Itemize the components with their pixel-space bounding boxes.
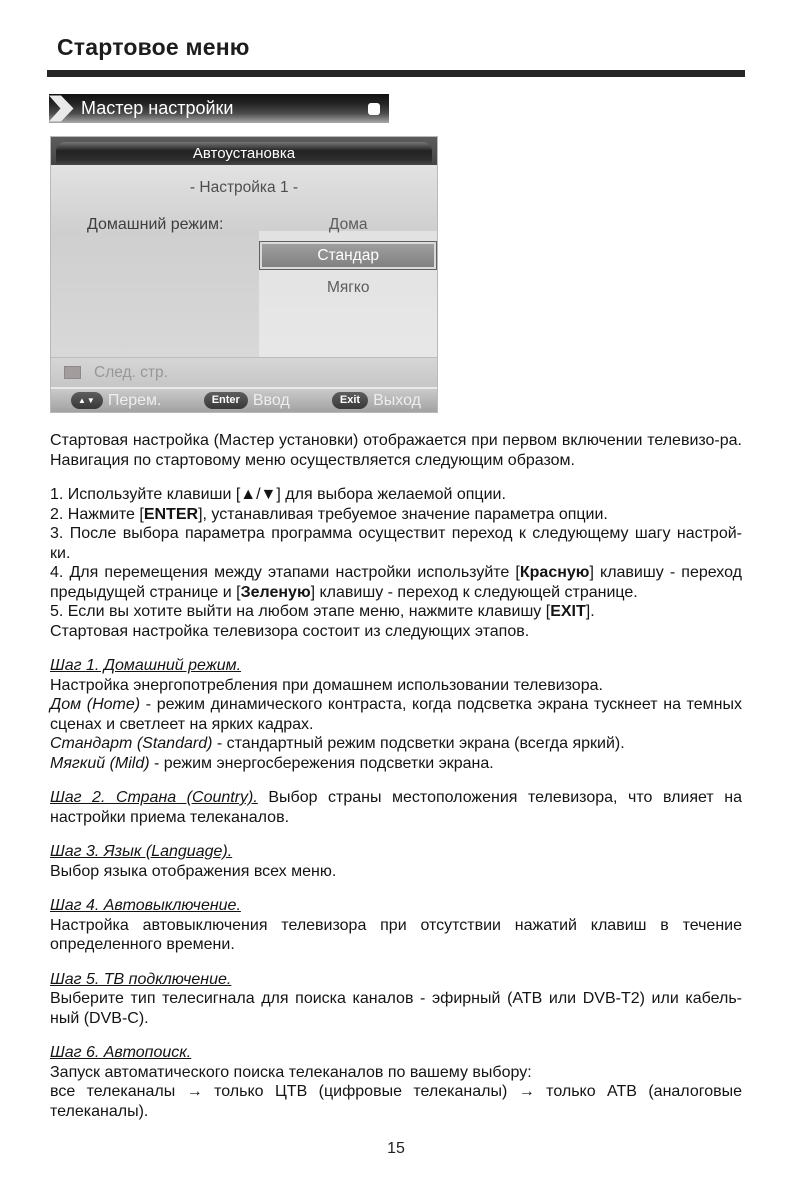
section-header-bar: Мастер настройки	[49, 94, 389, 123]
page-number: 15	[0, 1140, 792, 1158]
tv-control-bar: ▲▼ Перем. Enter Ввод Exit Выход	[51, 387, 437, 412]
tv-hint-text: След. стр.	[94, 364, 168, 382]
tv-option-standard-selected: Стандар	[259, 241, 437, 270]
stage-4: Шаг 4. Автовыключение. Настройка автовык…	[50, 896, 742, 955]
enter-key-label: ENTER	[144, 506, 198, 523]
page-title: Стартовое меню	[57, 34, 745, 61]
list-item: 2. Нажмите [ENTER], устанавливая требуем…	[50, 505, 742, 525]
up-down-keys-icon: ▲▼	[71, 392, 103, 409]
green-key-label: Зеленую	[241, 584, 311, 601]
tv-option-mild: Мягко	[259, 279, 437, 297]
tv-hint-bar: След. стр.	[51, 357, 437, 387]
stage-6-body-1: Запуск автоматического поиска телеканало…	[50, 1063, 742, 1083]
mode-mild: Мягкий (Mild) - режим энергосбережения п…	[50, 754, 742, 774]
stage-5-body: Выберите тип телесигнала для поиска кана…	[50, 989, 742, 1028]
tv-control-exit: Exit Выход	[332, 392, 421, 410]
stage-3: Шаг 3. Язык (Language). Выбор языка отоб…	[50, 842, 742, 881]
tv-menu-title: Автоустановка	[193, 145, 295, 162]
tv-option-row: Домашний режим: Дома	[51, 210, 437, 239]
tv-menu-body: - Настройка 1 - Домашний режим: Дома Ста…	[51, 165, 437, 357]
tv-top-edge: Автоустановка	[51, 137, 437, 165]
title-rule	[47, 70, 745, 77]
exit-key-label: EXIT	[550, 603, 586, 620]
tv-option-row: Стандар	[51, 239, 437, 272]
mode-home: Дом (Home) - режим динамического контрас…	[50, 695, 742, 734]
color-key-icon	[64, 366, 81, 379]
tv-control-navigate: ▲▼ Перем.	[71, 392, 161, 410]
list-item: 4. Для перемещения между этапами настрой…	[50, 563, 742, 602]
stage-5-heading: Шаг 5. ТВ подключение.	[50, 971, 231, 988]
tv-option-row: Мягко	[51, 272, 437, 303]
enter-key-icon: Enter	[204, 392, 248, 409]
section-label: Мастер настройки	[81, 98, 233, 119]
tv-setting-label: Домашний режим:	[51, 216, 259, 234]
body-text: Стартовая настройка (Мастер установки) о…	[50, 431, 742, 1121]
stage-3-body: Выбор языка отображения всех меню.	[50, 862, 742, 882]
chevron-right-icon	[49, 95, 74, 122]
stage-2: Шаг 2. Страна (Country). Выбор страны ме…	[50, 788, 742, 827]
mode-standard: Стандарт (Standard) - стандартный режим …	[50, 734, 742, 754]
manual-page: Стартовое меню Мастер настройки Автоуста…	[0, 0, 792, 1190]
stage-6-body-2: все телеканалы → только ЦТВ (цифровые те…	[50, 1082, 742, 1121]
stage-6-heading: Шаг 6. Автопоиск.	[50, 1044, 191, 1061]
intro-paragraph: Стартовая настройка (Мастер установки) о…	[50, 431, 742, 470]
stage-4-heading: Шаг 4. Автовыключение.	[50, 897, 241, 914]
list-item: 1. Используйте клавиши [▲/▼] для выбора …	[50, 485, 742, 505]
square-bullet-icon	[368, 103, 380, 115]
red-key-label: Красную	[520, 564, 590, 581]
tv-option-home: Дома	[259, 216, 437, 234]
stage-4-body: Настройка автовыключения телевизора при …	[50, 916, 742, 955]
tv-menu-titlebar: Автоустановка	[56, 142, 432, 165]
stage-6: Шаг 6. Автопоиск. Запуск автоматического…	[50, 1043, 742, 1121]
stage-3-heading: Шаг 3. Язык (Language).	[50, 843, 232, 860]
list-item: 3. После выбора параметра программа осущ…	[50, 524, 742, 563]
stage-1-heading: Шаг 1. Домашний режим.	[50, 657, 241, 674]
stage-1-body: Настройка энергопотребления при домашнем…	[50, 676, 742, 696]
exit-key-icon: Exit	[332, 392, 368, 409]
tv-menu-subtitle: - Настройка 1 -	[51, 165, 437, 210]
stage-2-heading: Шаг 2. Страна (Country).	[50, 789, 258, 806]
numbered-list: 1. Используйте клавиши [▲/▼] для выбора …	[50, 485, 742, 622]
stages-intro: Стартовая настройка телевизора состоит и…	[50, 622, 742, 642]
tv-control-enter: Enter Ввод	[204, 392, 290, 410]
stage-5: Шаг 5. ТВ подключение. Выберите тип теле…	[50, 970, 742, 1029]
stage-1: Шаг 1. Домашний режим. Настройка энергоп…	[50, 656, 742, 773]
list-item: 5. Если вы хотите выйти на любом этапе м…	[50, 602, 742, 622]
tv-menu-screenshot: Автоустановка - Настройка 1 - Домашний р…	[50, 136, 438, 413]
